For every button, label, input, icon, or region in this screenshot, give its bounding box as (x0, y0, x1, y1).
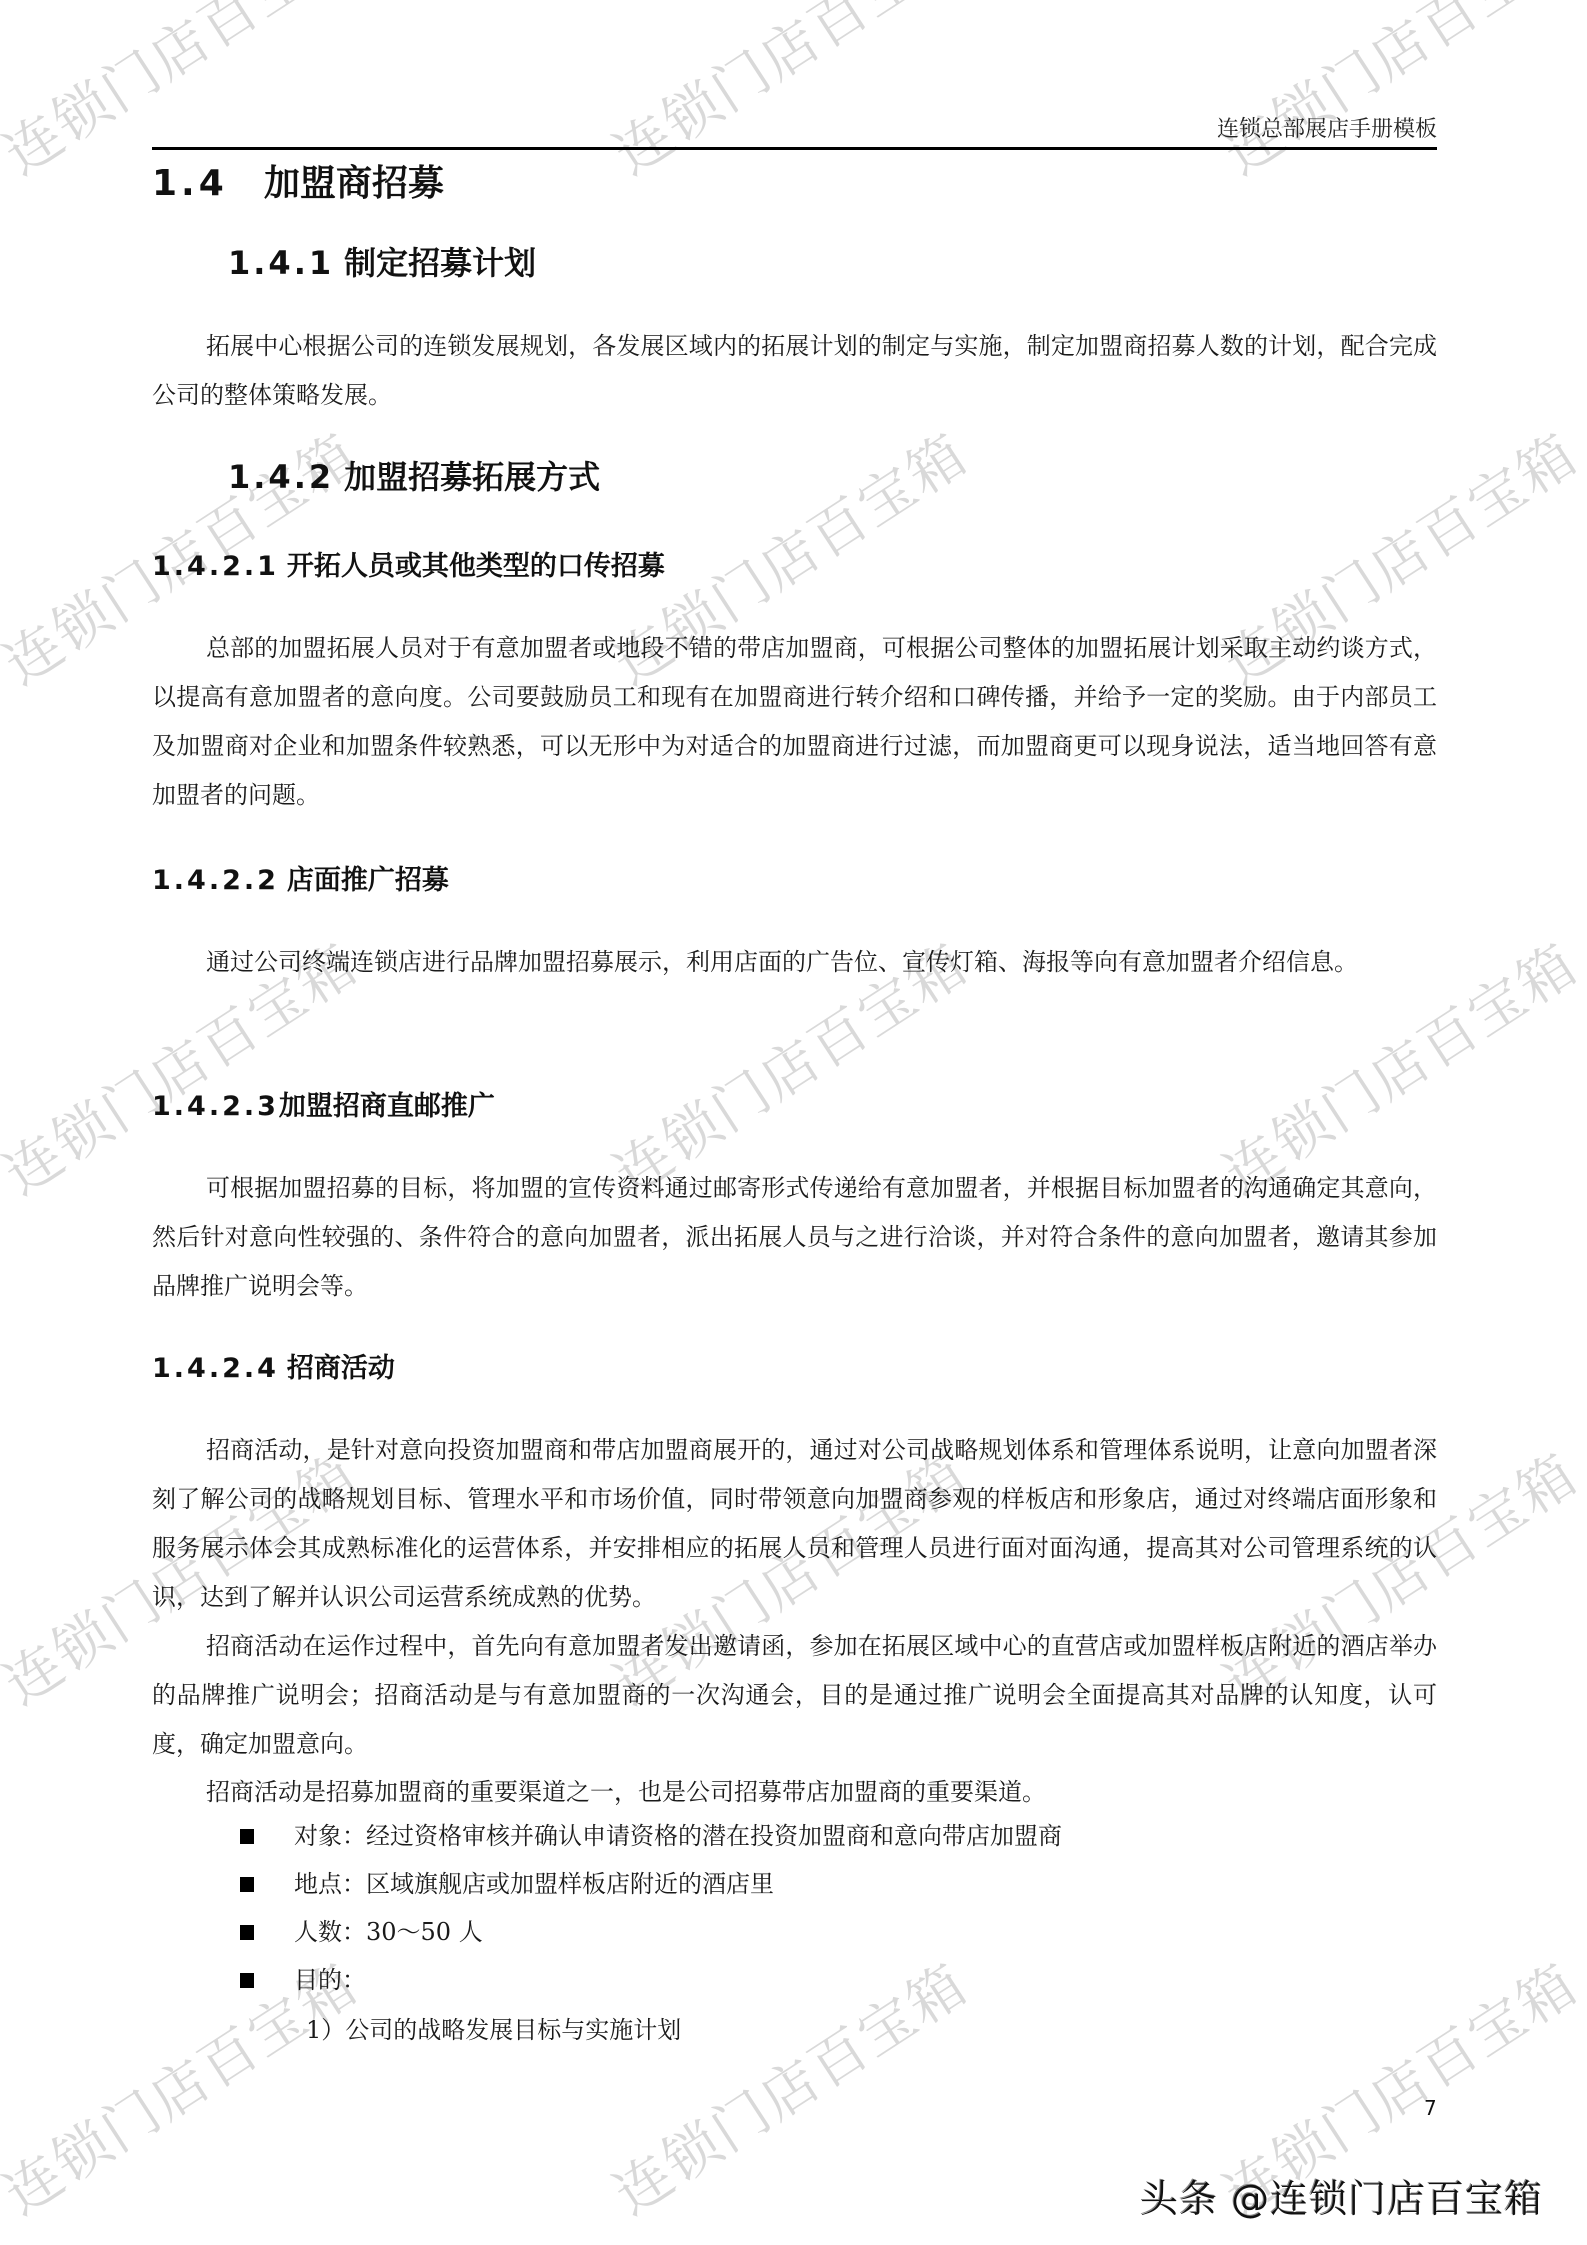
paragraph: 可根据加盟招募的目标，将加盟的宣传资料通过邮寄形式传递给有意加盟者，并根据目标加… (152, 1164, 1437, 1311)
list-item: 目的： (240, 1956, 1062, 2004)
subsubsection-heading-1-4-2-1: 1.4.2.1开拓人员或其他类型的口传招募 (152, 544, 665, 583)
subsection-number: 1.4.1 (228, 244, 334, 282)
square-bullet-icon (240, 1877, 254, 1892)
section-heading: 1.4加盟商招募 (152, 155, 444, 206)
paragraph: 通过公司终端连锁店进行品牌加盟招募展示，利用店面的广告位、宣传灯箱、海报等向有意… (152, 938, 1437, 987)
list-item-text: 人数：30～50 人 (294, 1918, 483, 1946)
subsection-heading-1-4-1: 1.4.1制定招募计划 (228, 238, 536, 284)
list-item-text: 目的： (294, 1966, 366, 1994)
source-credit-watermark: 头条 @连锁门店百宝箱 (1140, 2168, 1543, 2223)
paragraph: 招商活动，是针对意向投资加盟商和带店加盟商展开的，通过对公司战略规划体系和管理体… (152, 1426, 1437, 1622)
subsubsection-title: 招商活动 (287, 1353, 395, 1384)
running-header: 连锁总部展店手册模板 (152, 112, 1437, 143)
bullet-list: 对象：经过资格审核并确认申请资格的潜在投资加盟商和意向带店加盟商 地点：区域旗舰… (240, 1812, 1062, 2004)
subsubsection-title: 开拓人员或其他类型的口传招募 (287, 551, 665, 582)
square-bullet-icon (240, 1829, 254, 1844)
section-title: 加盟商招募 (264, 163, 444, 204)
paragraph: 拓展中心根据公司的连锁发展规划，各发展区域内的拓展计划的制定与实施，制定加盟商招… (152, 322, 1437, 420)
square-bullet-icon (240, 1973, 254, 1988)
list-item: 对象：经过资格审核并确认申请资格的潜在投资加盟商和意向带店加盟商 (240, 1812, 1062, 1860)
list-item-text: 对象：经过资格审核并确认申请资格的潜在投资加盟商和意向带店加盟商 (294, 1822, 1062, 1850)
subsubsection-title: 加盟招商直邮推广 (279, 1091, 495, 1122)
subsection-heading-1-4-2: 1.4.2加盟招募拓展方式 (228, 452, 600, 498)
document-page: 连锁总部展店手册模板 1.4加盟商招募 1.4.1制定招募计划 拓展中心根据公司… (0, 0, 1587, 2245)
header-rule (152, 147, 1437, 150)
list-item: 人数：30～50 人 (240, 1908, 1062, 1956)
subsubsection-heading-1-4-2-2: 1.4.2.2店面推广招募 (152, 858, 449, 897)
section-number: 1.4 (152, 163, 264, 204)
paragraph: 总部的加盟拓展人员对于有意加盟者或地段不错的带店加盟商，可根据公司整体的加盟拓展… (152, 624, 1437, 820)
subsection-number: 1.4.2 (228, 458, 334, 496)
subsection-title: 加盟招募拓展方式 (344, 458, 600, 496)
subsubsection-title: 店面推广招募 (287, 865, 449, 896)
square-bullet-icon (240, 1925, 254, 1940)
numbered-item: 1）公司的战略发展目标与实施计划 (306, 2006, 681, 2054)
subsubsection-number: 1.4.2.3 (152, 1091, 279, 1122)
subsubsection-number: 1.4.2.4 (152, 1353, 279, 1384)
list-item-text: 地点：区域旗舰店或加盟样板店附近的酒店里 (294, 1870, 774, 1898)
subsubsection-heading-1-4-2-3: 1.4.2.3加盟招商直邮推广 (152, 1084, 495, 1123)
list-item: 地点：区域旗舰店或加盟样板店附近的酒店里 (240, 1860, 1062, 1908)
numbered-sublist: 1）公司的战略发展目标与实施计划 (306, 2006, 681, 2054)
subsubsection-heading-1-4-2-4: 1.4.2.4招商活动 (152, 1346, 395, 1385)
subsubsection-number: 1.4.2.1 (152, 551, 279, 582)
page-number: 7 (1424, 2096, 1437, 2120)
subsection-title: 制定招募计划 (344, 244, 536, 282)
paragraph: 招商活动在运作过程中，首先向有意加盟者发出邀请函，参加在拓展区域中心的直营店或加… (152, 1622, 1437, 1769)
subsubsection-number: 1.4.2.2 (152, 865, 279, 896)
paragraph: 招商活动是招募加盟商的重要渠道之一，也是公司招募带店加盟商的重要渠道。 (152, 1768, 1437, 1817)
